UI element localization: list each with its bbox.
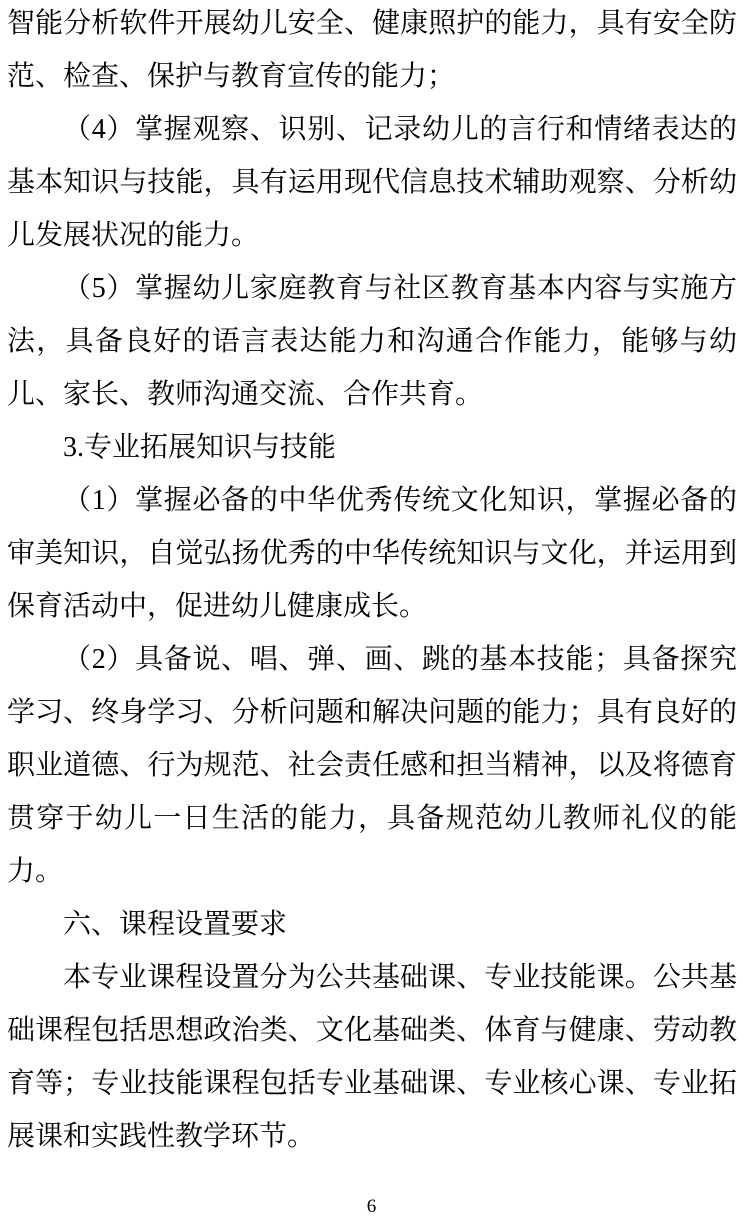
page-number: 6 xyxy=(0,1197,743,1217)
paragraph-continued: 智能分析软件开展幼儿安全、健康照护的能力，具有安全防范、检查、保护与教育宣传的能… xyxy=(7,0,737,103)
paragraph-item-1: （1）掌握必备的中华优秀传统文化知识，掌握必备的审美知识，自觉弘扬优秀的中华传统… xyxy=(7,474,737,633)
paragraph-item-4: （4）掌握观察、识别、记录幼儿的言行和情绪表达的基本知识与技能，具有运用现代信息… xyxy=(7,103,737,262)
document-page: 智能分析软件开展幼儿安全、健康照护的能力，具有安全防范、检查、保护与教育宣传的能… xyxy=(0,0,743,1223)
paragraph-item-5: （5）掌握幼儿家庭教育与社区教育基本内容与实施方法，具备良好的语言表达能力和沟通… xyxy=(7,262,737,421)
document-body-text: 智能分析软件开展幼儿安全、健康照护的能力，具有安全防范、检查、保护与教育宣传的能… xyxy=(7,0,737,1163)
paragraph-course-setup: 本专业课程设置分为公共基础课、专业技能课。公共基础课程包括思想政治类、文化基础类… xyxy=(7,951,737,1163)
section-heading-6: 六、课程设置要求 xyxy=(7,898,737,951)
subheading-3: 3.专业拓展知识与技能 xyxy=(7,421,737,474)
paragraph-item-2: （2）具备说、唱、弹、画、跳的基本技能；具备探究学习、终身学习、分析问题和解决问… xyxy=(7,633,737,898)
